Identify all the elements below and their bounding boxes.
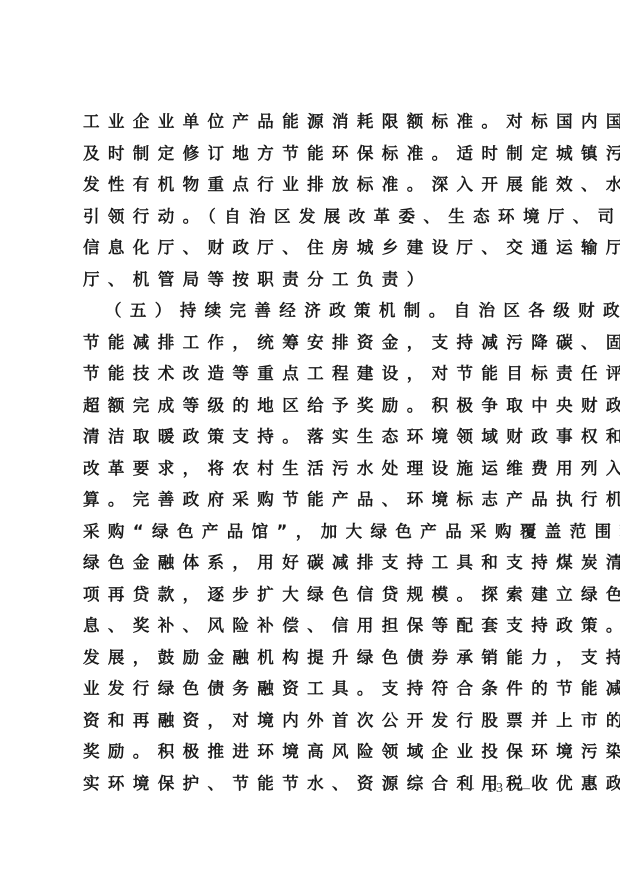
text-line: 奖励。积极推进环境高风险领域企业投保环境污染责任保险。落 [83,736,553,768]
text-line: 超额完成等级的地区给予奖励。积极争取中央财政北方地区冬季 [83,390,553,422]
text-line: 息、奖补、风险补偿、信用担保等配套支持政策。推进绿色债券 [83,610,553,642]
text-line: 业发行绿色债务融资工具。支持符合条件的节能减排企业上市融 [83,673,553,705]
document-page: 工业企业单位产品能源消耗限额标准。对标国内国际先进水平， 及时制定修订地方节能环… [0,0,620,877]
text-line: 资和再融资，对境内外首次公开发行股票并上市的企业给予资金 [83,705,553,737]
text-line: 引领行动。（自治区发展改革委、生态环境厅、司法厅、工业和 [83,201,553,233]
text-line: 算。完善政府采购节能产品、环境标志产品执行机制，建立政府 [83,484,553,516]
text-line: 及时制定修订地方节能环保标准。适时制定城镇污水处理厂和挥 [83,138,553,170]
page-number: — 13 — [460,781,532,797]
text-line: 厅、机管局等按职责分工负责） [83,264,553,296]
text-line: 绿色金融体系，用好碳减排支持工具和支持煤炭清洁高效利用专 [83,547,553,579]
text-line: 清洁取暖政策支持。落实生态环境领域财政事权和支出责任划分 [83,421,553,453]
text-line: 采购“绿色产品馆”，加大绿色产品采购覆盖范围和力度。完善 [83,516,553,548]
body-text: 工业企业单位产品能源消耗限额标准。对标国内国际先进水平， 及时制定修订地方节能环… [83,106,553,799]
text-line: 发展，鼓励金融机构提升绿色债券承销能力，支持符合条件的企 [83,642,553,674]
text-line: 信息化厅、财政厅、住房城乡建设厅、交通运输厅、市场监管 [83,232,553,264]
text-line: 工业企业单位产品能源消耗限额标准。对标国内国际先进水平， [83,106,553,138]
text-line: 项再贷款，逐步扩大绿色信贷规模。探索建立绿色贷款财政贴 [83,579,553,611]
text-line: 发性有机物重点行业排放标准。深入开展能效、水效“领跑者” [83,169,553,201]
text-line: 节能技术改造等重点工程建设，对节能目标责任评价考核结果为 [83,358,553,390]
text-line: 改革要求，将农村生活污水处理设施运维费用列入同级财政预 [83,453,553,485]
section-heading-line: （五）持续完善经济政策机制。自治区各级财政要积极支持 [83,295,553,327]
text-line: 节能减排工作，统筹安排资金，支持减污降碳、固废利用、环保 [83,327,553,359]
